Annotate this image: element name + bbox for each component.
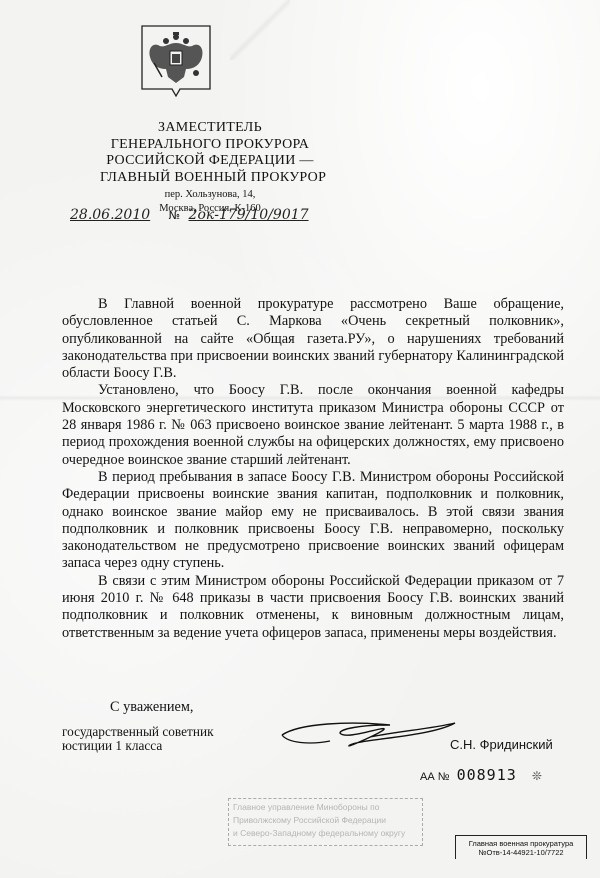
title-line: РОССИЙСКОЙ ФЕДЕРАЦИИ —: [100, 153, 320, 170]
number-label: №: [169, 209, 180, 222]
document-page: ЗАМЕСТИТЕЛЬ ГЕНЕРАЛЬНОГО ПРОКУРОРА РОССИ…: [0, 0, 600, 878]
snowflake-mark-icon: ❊: [532, 769, 542, 783]
stamp-line: Приволжскому Российской Федерации: [233, 814, 418, 827]
stamp-line: Главное управление Минобороны по: [233, 801, 418, 814]
letter-body: В Главной военной прокуратуре рассмотрен…: [62, 296, 564, 642]
faded-stamp: Главное управление Минобороны по Приволж…: [228, 798, 423, 846]
serial-prefix: АА №: [420, 771, 450, 783]
position-line: государственный советник: [62, 725, 214, 739]
stamp-line: №Отв-14-44921-10/7722: [456, 848, 586, 857]
registration-stamp: Главная военная прокуратура №Отв-14-4492…: [455, 835, 587, 859]
stamp-line: Главная военная прокуратура: [456, 839, 586, 848]
paragraph: Установлено, что Боосу Г.В. после оконча…: [62, 382, 564, 468]
title-line: ЗАМЕСТИТЕЛЬ: [100, 120, 320, 137]
paper-crease: [230, 0, 290, 60]
letter-date: 28.06.2010: [70, 207, 150, 223]
letterhead-title: ЗАМЕСТИТЕЛЬ ГЕНЕРАЛЬНОГО ПРОКУРОРА РОССИ…: [100, 120, 320, 186]
form-serial: АА № 008913 ❊: [420, 766, 542, 784]
serial-number: 008913: [457, 766, 517, 784]
salutation: С уважением,: [110, 699, 193, 716]
signer-position: государственный советник юстиции 1 класс…: [62, 725, 214, 753]
letter-number: 2ок-179/10/9017: [189, 207, 309, 223]
position-line: юстиции 1 класса: [62, 739, 214, 753]
handwritten-signature: [280, 715, 470, 755]
title-line: ГЛАВНЫЙ ВОЕННЫЙ ПРОКУРОР: [100, 170, 320, 187]
stamp-line: и Северо-Западному федеральному округу: [233, 827, 418, 840]
paragraph: В связи с этим Министром обороны Российс…: [62, 573, 564, 642]
title-line: ГЕНЕРАЛЬНОГО ПРОКУРОРА: [100, 137, 320, 154]
paragraph: В Главной военной прокуратуре рассмотрен…: [62, 296, 564, 382]
registration-line: 28.06.2010 № 2ок-179/10/9017: [70, 207, 309, 223]
russian-coat-of-arms-icon: [138, 23, 214, 99]
signer-name: С.Н. Фридинский: [450, 737, 553, 752]
address-line: пер. Хользунова, 14,: [110, 188, 310, 202]
paragraph: В период пребывания в запасе Боосу Г.В. …: [62, 469, 564, 573]
